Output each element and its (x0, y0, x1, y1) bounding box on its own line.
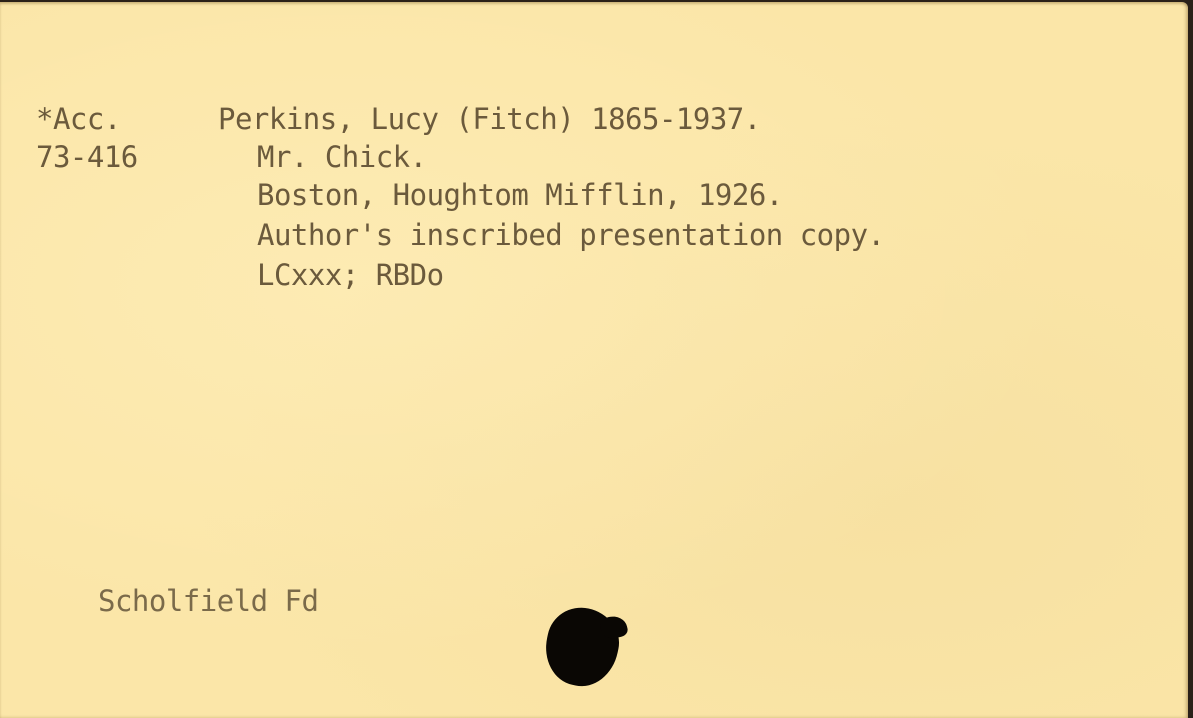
book-title: Mr. Chick. (257, 138, 427, 176)
fund-note: Scholfield Fd (98, 582, 318, 620)
tracings: LCxxx; RBDo (257, 256, 444, 294)
accession-label: *Acc. (36, 100, 121, 138)
note: Author's inscribed presentation copy. (257, 216, 885, 254)
catalog-card: *Acc. 73-416 Perkins, Lucy (Fitch) 1865-… (0, 2, 1188, 718)
accession-number: 73-416 (36, 138, 138, 176)
main-entry: Perkins, Lucy (Fitch) 1865-1937. (218, 100, 761, 138)
imprint: Boston, Houghtom Mifflin, 1926. (257, 176, 783, 214)
punch-hole-icon (539, 601, 626, 692)
